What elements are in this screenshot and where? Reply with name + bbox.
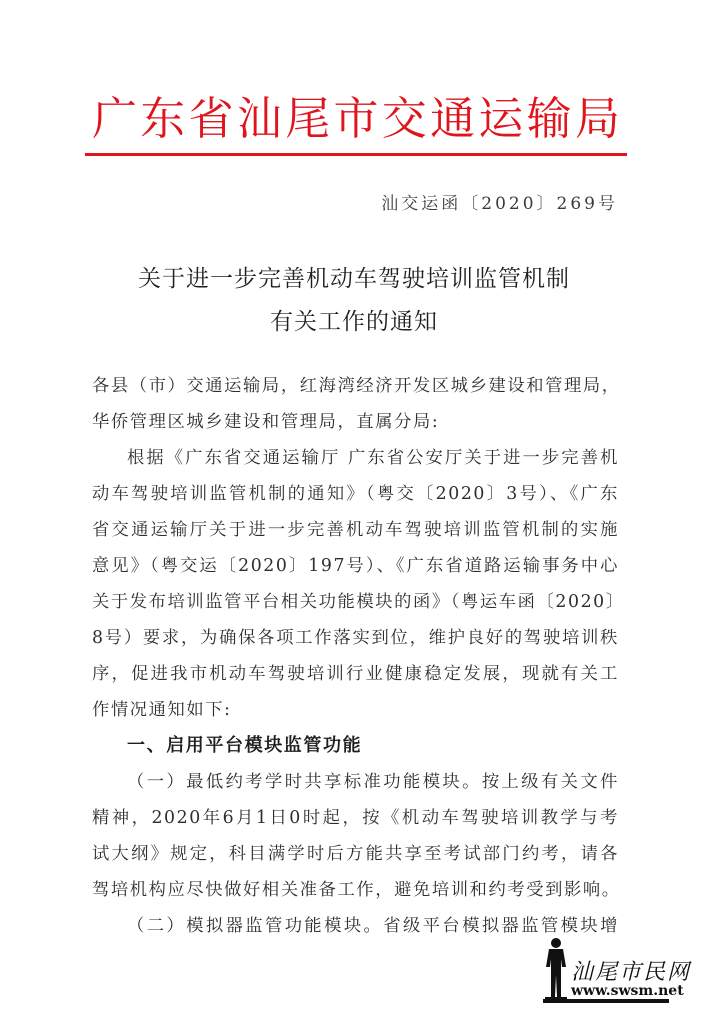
site-watermark: 汕尾市民网 www.swsm.net [543, 935, 703, 1005]
body-text-line: 动车驾驶培训监管机制的通知》（粤交〔2020〕3号）、《广东 [92, 476, 619, 512]
body-text-line: 精神，2020年6月1日0时起，按《机动车驾驶培训教学与考 [92, 800, 619, 836]
document-title-line-2: 有关工作的通知 [0, 303, 708, 336]
document-title-line-1: 关于进一步完善机动车驾驶培训监管机制 [0, 260, 708, 293]
section-heading: 一、启用平台模块监管功能 [92, 728, 619, 764]
watermark-underline [543, 999, 669, 1003]
body-text-line: 根据《广东省交通运输厅 广东省公安厅关于进一步完善机 [92, 440, 619, 476]
masthead-title: 广东省汕尾市交通运输局 [92, 92, 622, 146]
body-text-line: 各县（市）交通运输局，红海湾经济开发区城乡建设和管理局， [92, 368, 619, 404]
masthead-divider [85, 153, 627, 156]
body-text-line: 华侨管理区城乡建设和管理局，直属分局: [92, 404, 619, 440]
standing-figure-icon [543, 937, 569, 1003]
document-number: 汕交运函〔2020〕269号 [381, 189, 618, 214]
body-text-line: 8号）要求，为确保各项工作落实到位，维护良好的驾驶培训秩 [92, 620, 619, 656]
body-text-line: 驾培机构应尽快做好相关准备工作，避免培训和约考受到影响。 [92, 872, 619, 908]
watermark-site-name: 汕尾市民网 [571, 955, 691, 986]
body-text-line: 关于发布培训监管平台相关功能模块的函》（粤运车函〔2020〕 [92, 584, 619, 620]
watermark-url: www.swsm.net [571, 983, 684, 999]
body-text-line: 作情况通知如下: [92, 692, 619, 728]
body-text-line: 序，促进我市机动车驾驶培训行业健康稳定发展，现就有关工 [92, 656, 619, 692]
body-text-line: （二）模拟器监管功能模块。省级平台模拟器监管模块增 [92, 908, 619, 944]
body-text-line: （一）最低约考学时共享标准功能模块。按上级有关文件 [92, 764, 619, 800]
body-text-line: 意见》（粤交运〔2020〕197号）、《广东省道路运输事务中心 [92, 548, 619, 584]
document-body: 各县（市）交通运输局，红海湾经济开发区城乡建设和管理局，华侨管理区城乡建设和管理… [92, 368, 619, 944]
body-text-line: 试大纲》规定，科目满学时后方能共享至考试部门约考，请各 [92, 836, 619, 872]
body-text-line: 省交通运输厅关于进一步完善机动车驾驶培训监管机制的实施 [92, 512, 619, 548]
